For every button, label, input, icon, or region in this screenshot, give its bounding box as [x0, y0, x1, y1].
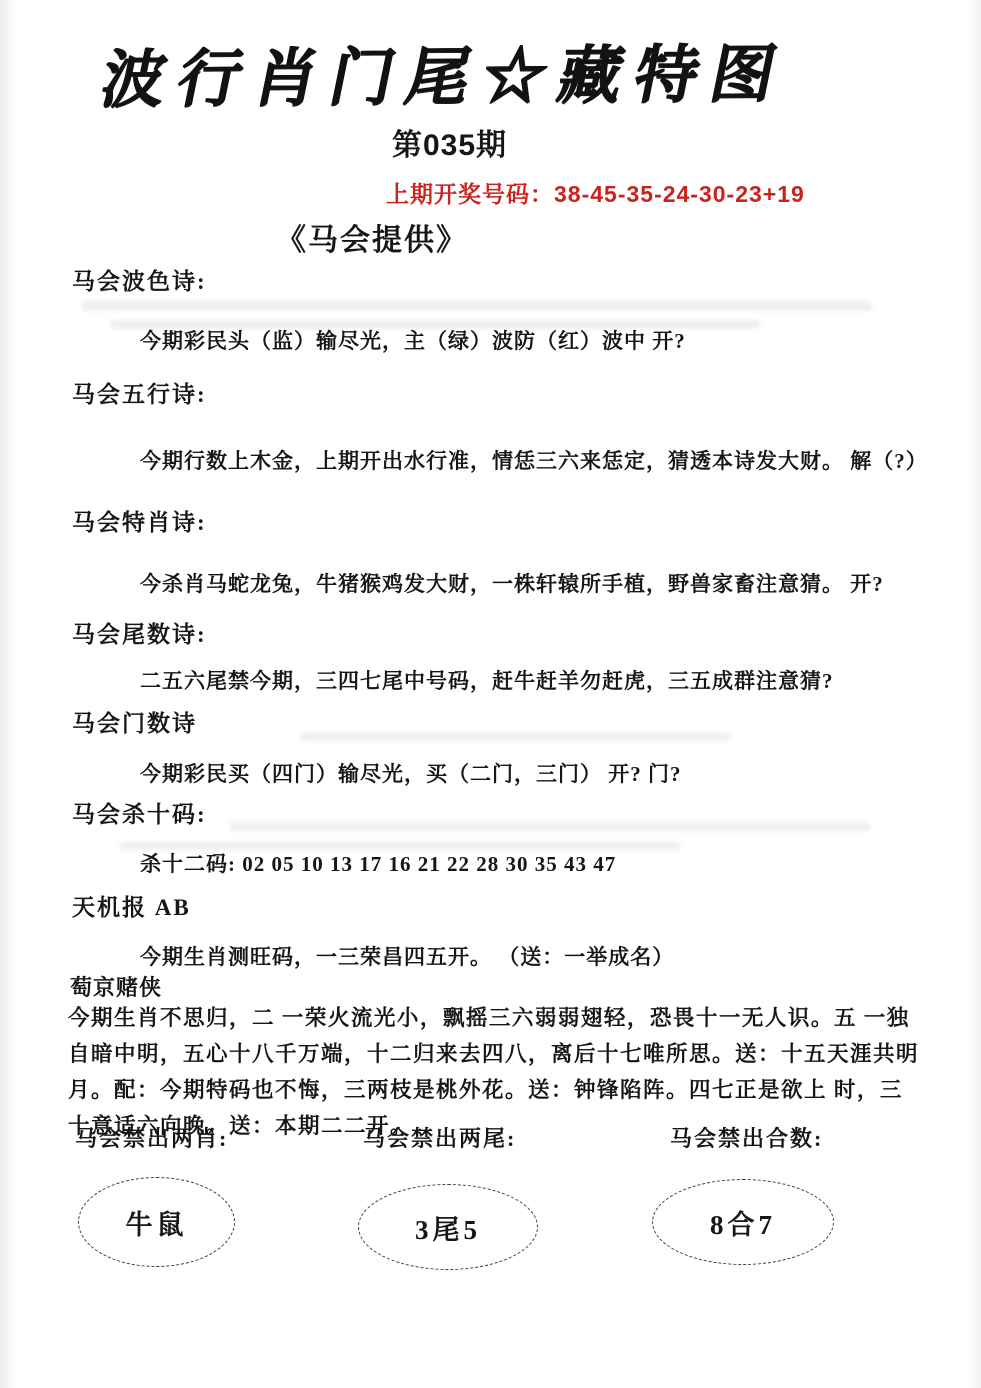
scan-artifact: [82, 301, 872, 311]
section-poem-tianji: 今期生肖测旺码，一三荣昌四五开。 （送：一举成名）: [140, 941, 674, 971]
forbidden-sum-value: 8合7: [710, 1203, 776, 1242]
forbidden-tail-oval: 3尾5: [358, 1184, 538, 1270]
page-title: 波行肖门尾☆藏特图: [94, 23, 874, 121]
section-poem-menshu: 今期彩民买（四门）输尽光，买（二门，三门） 开? 门?: [140, 758, 682, 788]
section-poem-texiao: 今杀肖马蛇龙兔，牛猪猴鸡发大财，一株轩辕所手植，野兽家畜注意猜。 开?: [140, 568, 884, 598]
last-draw-numbers: 上期开奖号码：38-45-35-24-30-23+19: [386, 176, 805, 209]
section-label-menshu: 马会门数诗: [72, 705, 197, 738]
section-poem-weishu: 二五六尾禁今期，三四七尾中号码，赶牛赶羊勿赶虎，三五成群注意猜?: [140, 665, 834, 695]
section-poem-wuxing: 今期行数上木金，上期开出水行准，情恁三六来恁定，猜透本诗发大财。 解（?）: [140, 445, 928, 475]
forbidden-sum-label: 马会禁出合数:: [670, 1122, 823, 1153]
forbidden-tail-value: 3尾5: [415, 1208, 481, 1247]
section-label-shama: 马会杀十码:: [72, 796, 207, 829]
provider-line: 《马会提供》: [276, 215, 468, 259]
scan-artifact: [230, 822, 870, 831]
section-label-bose: 马会波色诗:: [72, 263, 207, 296]
forbidden-sum-oval: 8合7: [652, 1179, 834, 1265]
section-label-wuxing: 马会五行诗:: [72, 376, 207, 409]
section-poem-bose: 今期彩民头（监）输尽光，主（绿）波防（红）波中 开?: [140, 325, 686, 355]
section-label-tianji: 天机报 AB: [72, 889, 191, 922]
forbidden-zodiac-value: 牛鼠: [126, 1203, 188, 1242]
lottery-tip-sheet: 波行肖门尾☆藏特图 第035期 上期开奖号码：38-45-35-24-30-23…: [0, 0, 981, 1388]
forbidden-zodiac-oval: 牛鼠: [78, 1177, 235, 1267]
section-label-weishu: 马会尾数诗:: [72, 616, 207, 649]
issue-number: 第035期: [392, 120, 507, 164]
forbidden-zodiac-label: 马会禁出两肖:: [75, 1122, 228, 1153]
section-kill-codes: 杀十二码: 02 05 10 13 17 16 21 22 28 30 35 4…: [140, 848, 616, 878]
forbidden-tail-label: 马会禁出两尾:: [363, 1122, 516, 1153]
scan-artifact: [300, 733, 730, 741]
section-label-texiao: 马会特肖诗:: [72, 504, 207, 537]
dujia-label: 萄京赌侠: [70, 971, 162, 1002]
